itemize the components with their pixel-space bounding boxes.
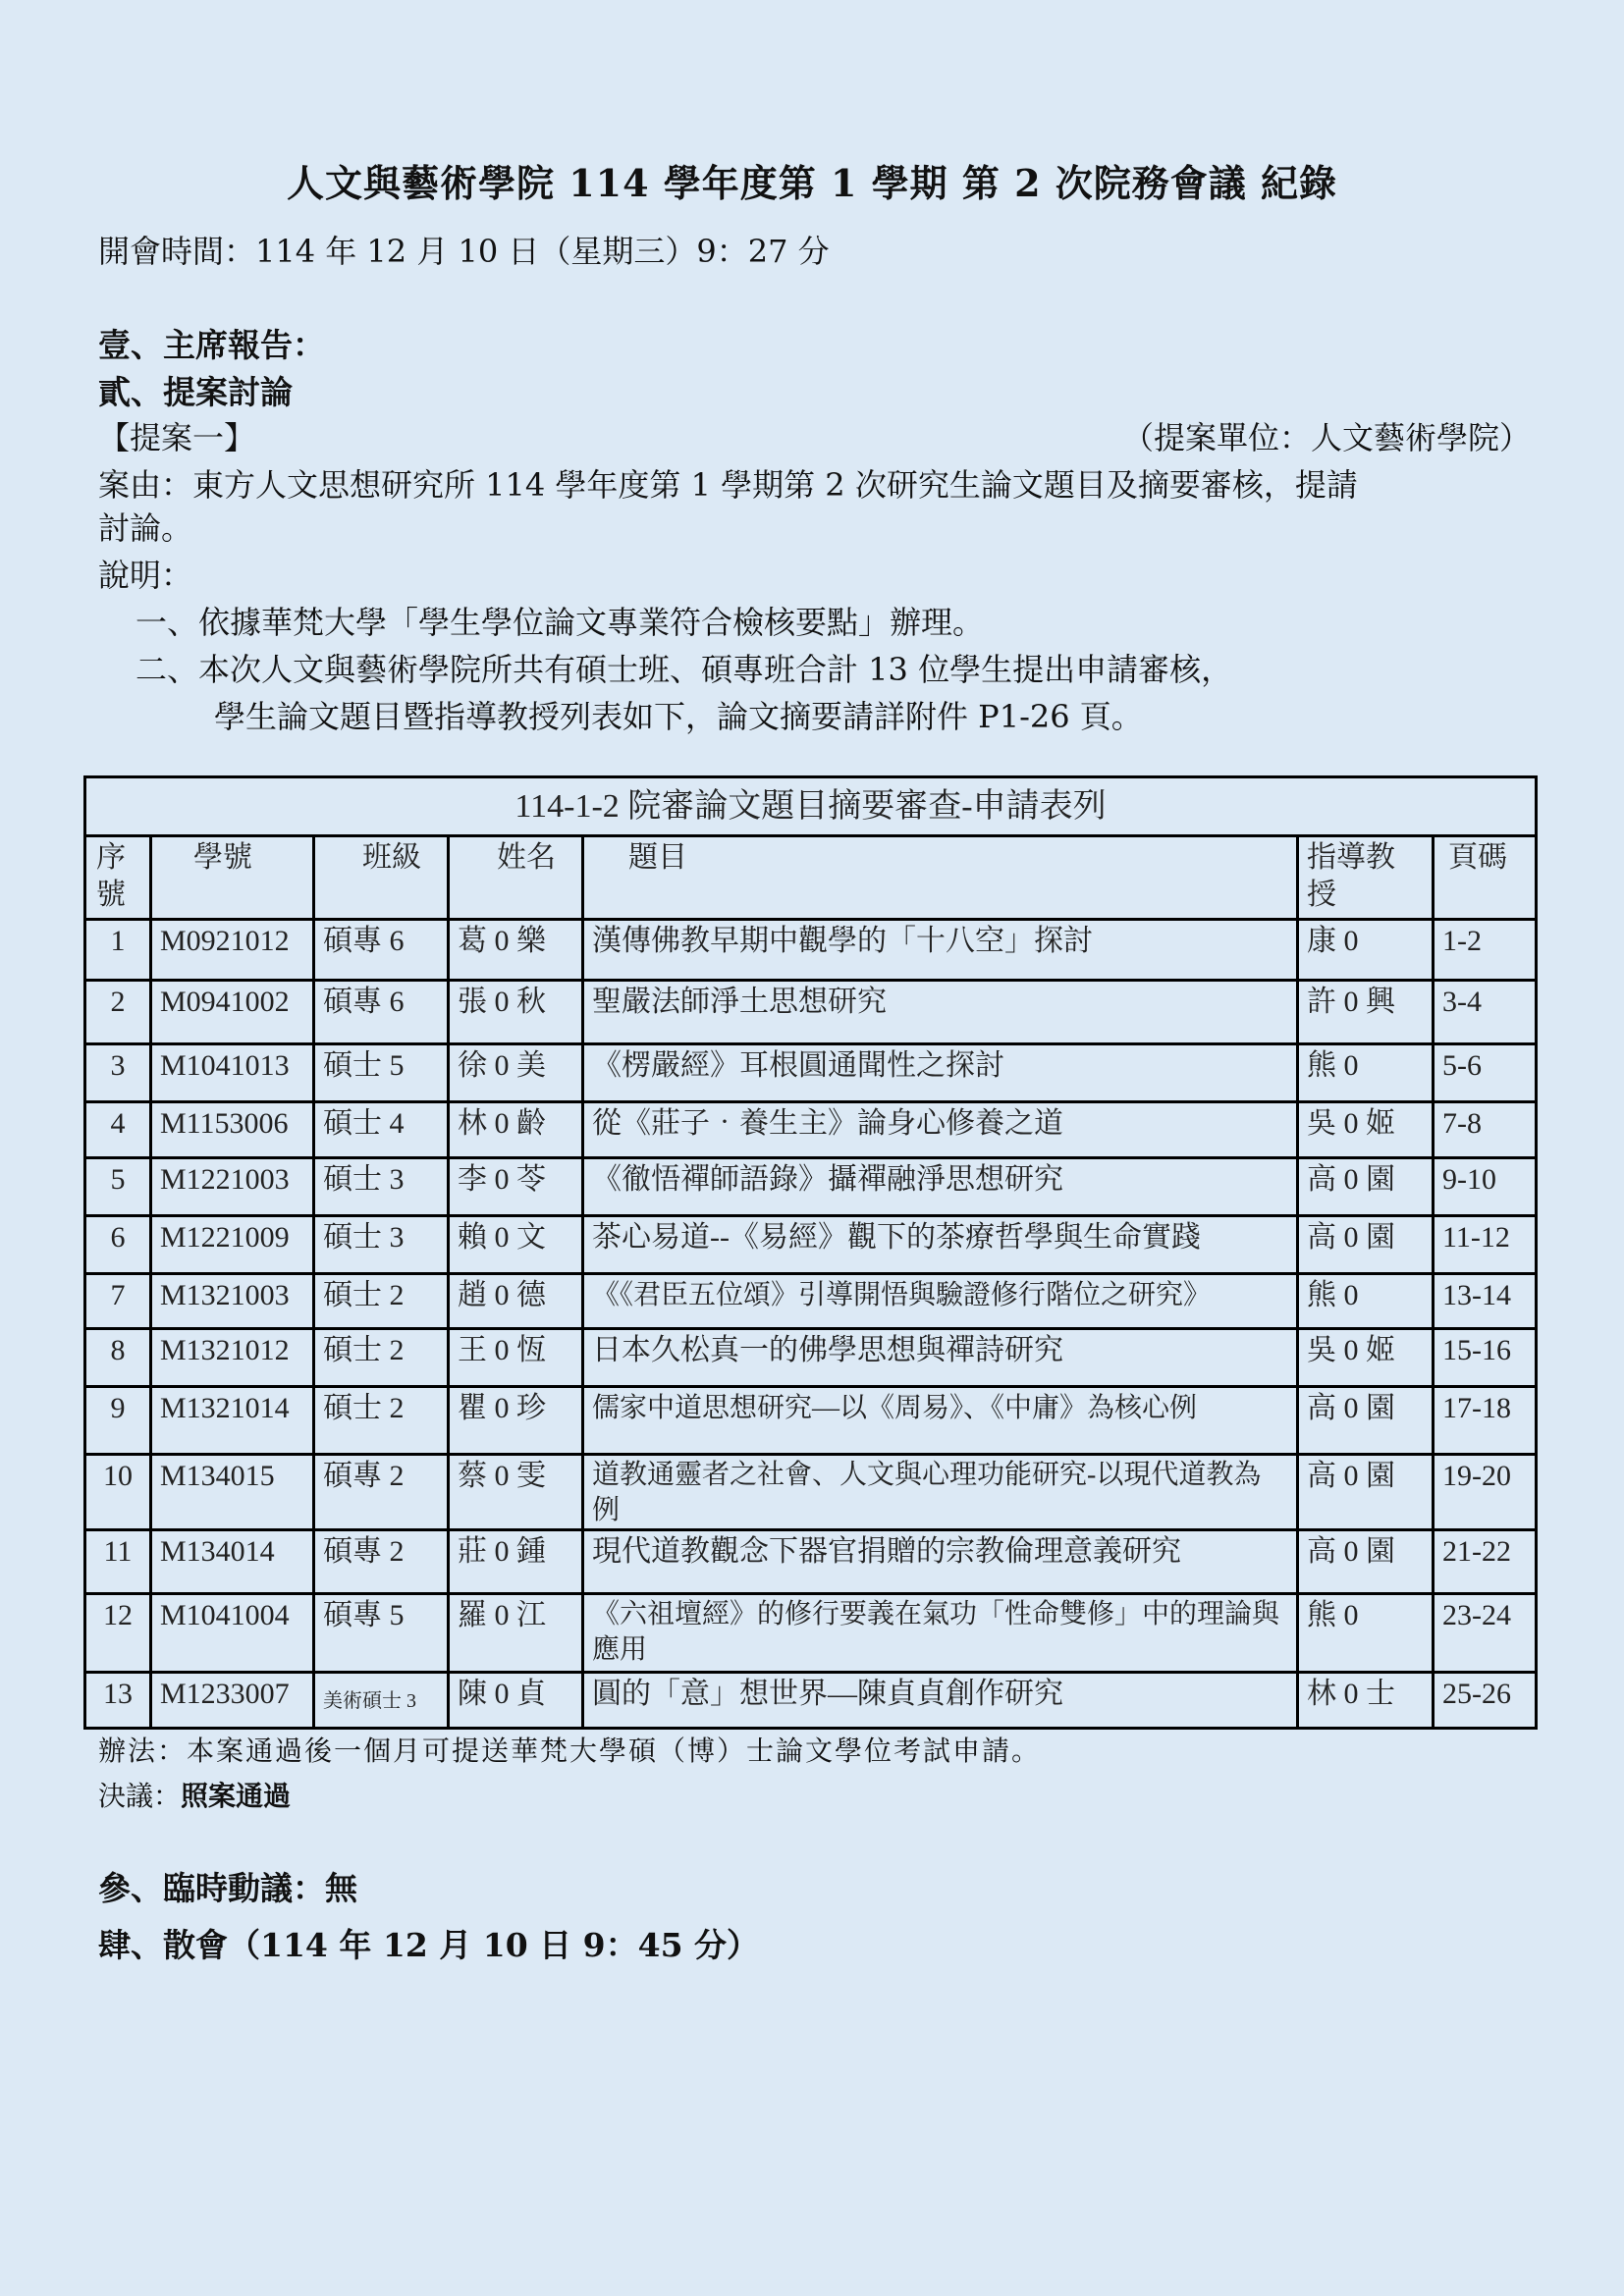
cell-pages: 25-26 bbox=[1434, 1673, 1537, 1729]
cell-no: 11 bbox=[85, 1530, 151, 1594]
cell-class: 碩士 5 bbox=[314, 1044, 449, 1102]
cell-pages: 3-4 bbox=[1434, 981, 1537, 1044]
cell-name: 張 0 秋 bbox=[449, 981, 583, 1044]
cell-pages: 7-8 bbox=[1434, 1102, 1537, 1158]
cell-topic: 儒家中道思想研究—以《周易》、《中庸》為核心例 bbox=[583, 1387, 1298, 1455]
explanation-item-1: 一、依據華梵大學「學生學位論文專業符合檢核要點」辦理。 bbox=[135, 603, 984, 642]
cell-topic: 道教通靈者之社會、人文與心理功能研究-以現代道教為例 bbox=[583, 1455, 1298, 1530]
cell-class: 碩士 4 bbox=[314, 1102, 449, 1158]
cell-name: 林 0 齡 bbox=[449, 1102, 583, 1158]
cell-pages: 11-12 bbox=[1434, 1216, 1537, 1274]
cell-pages: 19-20 bbox=[1434, 1455, 1537, 1530]
cell-name: 葛 0 樂 bbox=[449, 920, 583, 981]
table-row: 4 M1153006 碩士 4 林 0 齡 從《莊子‧養生主》論身心修養之道 吳… bbox=[85, 1102, 1537, 1158]
cell-name: 徐 0 美 bbox=[449, 1044, 583, 1102]
cell-student-id: M1041013 bbox=[151, 1044, 314, 1102]
cell-student-id: M1221009 bbox=[151, 1216, 314, 1274]
header-name: 姓名 bbox=[449, 836, 583, 920]
cell-name: 陳 0 貞 bbox=[449, 1673, 583, 1729]
method-text: 辦法：本案通過後一個月可提送華梵大學碩（博）士論文學位考試申請。 bbox=[98, 1732, 1041, 1771]
cell-advisor: 許 0 興 bbox=[1298, 981, 1434, 1044]
cell-advisor: 林 0 士 bbox=[1298, 1673, 1434, 1729]
cell-student-id: M1153006 bbox=[151, 1102, 314, 1158]
cell-no: 7 bbox=[85, 1274, 151, 1329]
cell-topic: 《《君臣五位頌》引導開悟與驗證修行階位之研究》 bbox=[583, 1274, 1298, 1329]
explanation-item-2-line-1: 二、本次人文與藝術學院所共有碩士班、碩專班合計 13 位學生提出申請審核， bbox=[135, 650, 1232, 689]
cell-pages: 5-6 bbox=[1434, 1044, 1537, 1102]
header-no: 序號 bbox=[85, 836, 151, 920]
cell-advisor: 高 0 園 bbox=[1298, 1387, 1434, 1455]
table-row: 13 M1233007 美術碩士 3 陳 0 貞 圓的「意」想世界—陳貞貞創作研… bbox=[85, 1673, 1537, 1729]
cell-advisor: 高 0 園 bbox=[1298, 1530, 1434, 1594]
table-row: 8 M1321012 碩士 2 王 0 恆 日本久松真一的佛學思想與禪詩研究 吳… bbox=[85, 1329, 1537, 1387]
table-row: 6 M1221009 碩士 3 賴 0 文 茶心易道--《易經》觀下的茶療哲學與… bbox=[85, 1216, 1537, 1274]
resolution-row: 決議：照案通過 bbox=[98, 1777, 291, 1816]
cell-advisor: 高 0 園 bbox=[1298, 1455, 1434, 1530]
cell-class: 碩專 2 bbox=[314, 1530, 449, 1594]
header-advisor: 指導教授 bbox=[1298, 836, 1434, 920]
cell-class: 碩專 6 bbox=[314, 981, 449, 1044]
cell-class: 碩士 2 bbox=[314, 1387, 449, 1455]
cell-class: 碩士 3 bbox=[314, 1158, 449, 1216]
cell-advisor: 吳 0 姬 bbox=[1298, 1329, 1434, 1387]
cell-pages: 21-22 bbox=[1434, 1530, 1537, 1594]
header-pages: 頁碼 bbox=[1434, 836, 1537, 920]
cell-student-id: M1221003 bbox=[151, 1158, 314, 1216]
cell-student-id: M0941002 bbox=[151, 981, 314, 1044]
table-row: 1 M0921012 碩專 6 葛 0 樂 漢傳佛教早期中觀學的「十八空」探討 … bbox=[85, 920, 1537, 981]
cell-class: 美術碩士 3 bbox=[314, 1673, 449, 1729]
reason-line-1: 案由：東方人文思想研究所 114 學年度第 1 學期第 2 次研究生論文題目及摘… bbox=[98, 465, 1358, 505]
cell-pages: 9-10 bbox=[1434, 1158, 1537, 1216]
cell-class: 碩士 2 bbox=[314, 1329, 449, 1387]
cell-pages: 1-2 bbox=[1434, 920, 1537, 981]
cell-topic: 漢傳佛教早期中觀學的「十八空」探討 bbox=[583, 920, 1298, 981]
cell-advisor: 康 0 bbox=[1298, 920, 1434, 981]
document-title: 人文與藝術學院 114 學年度第 1 學期 第 2 次院務會議 紀錄 bbox=[0, 153, 1624, 207]
cell-topic: 《六祖壇經》的修行要義在氣功「性命雙修」中的理論與應用 bbox=[583, 1594, 1298, 1673]
header-class: 班級 bbox=[314, 836, 449, 920]
table-row: 7 M1321003 碩士 2 趙 0 德 《《君臣五位頌》引導開悟與驗證修行階… bbox=[85, 1274, 1537, 1329]
cell-name: 王 0 恆 bbox=[449, 1329, 583, 1387]
cell-advisor: 高 0 園 bbox=[1298, 1158, 1434, 1216]
cell-no: 3 bbox=[85, 1044, 151, 1102]
cell-class: 碩士 3 bbox=[314, 1216, 449, 1274]
cell-topic: 茶心易道--《易經》觀下的茶療哲學與生命實踐 bbox=[583, 1216, 1298, 1274]
table-row: 3 M1041013 碩士 5 徐 0 美 《楞嚴經》耳根圓通聞性之探討 熊 0… bbox=[85, 1044, 1537, 1102]
cell-topic: 《楞嚴經》耳根圓通聞性之探討 bbox=[583, 1044, 1298, 1102]
resolution-value: 照案通過 bbox=[181, 1780, 291, 1812]
cell-class: 碩專 2 bbox=[314, 1455, 449, 1530]
table-row: 2 M0941002 碩專 6 張 0 秋 聖嚴法師淨土思想研究 許 0 興 3… bbox=[85, 981, 1537, 1044]
header-topic: 題目 bbox=[583, 836, 1298, 920]
cell-student-id: M0921012 bbox=[151, 920, 314, 981]
cell-student-id: M1041004 bbox=[151, 1594, 314, 1673]
cell-topic: 現代道教觀念下器官捐贈的宗教倫理意義研究 bbox=[583, 1530, 1298, 1594]
cell-topic: 日本久松真一的佛學思想與禪詩研究 bbox=[583, 1329, 1298, 1387]
cell-advisor: 熊 0 bbox=[1298, 1594, 1434, 1673]
cell-name: 瞿 0 珍 bbox=[449, 1387, 583, 1455]
cell-advisor: 吳 0 姬 bbox=[1298, 1102, 1434, 1158]
cell-student-id: M134014 bbox=[151, 1530, 314, 1594]
cell-student-id: M1321012 bbox=[151, 1329, 314, 1387]
table-title: 114-1-2 院審論文題目摘要審查-申請表列 bbox=[85, 777, 1537, 836]
proposal-unit: （提案單位：人文藝術學院） bbox=[1122, 418, 1531, 457]
cell-no: 2 bbox=[85, 981, 151, 1044]
table-row: 5 M1221003 碩士 3 李 0 苓 《徹悟禪師語錄》攝禪融淨思想研究 高… bbox=[85, 1158, 1537, 1216]
cell-no: 4 bbox=[85, 1102, 151, 1158]
cell-advisor: 高 0 園 bbox=[1298, 1216, 1434, 1274]
cell-pages: 15-16 bbox=[1434, 1329, 1537, 1387]
cell-no: 12 bbox=[85, 1594, 151, 1673]
cell-pages: 17-18 bbox=[1434, 1387, 1537, 1455]
meeting-time: 開會時間：114 年 12 月 10 日（星期三）9：27 分 bbox=[98, 232, 830, 271]
cell-name: 趙 0 德 bbox=[449, 1274, 583, 1329]
table-row: 9 M1321014 碩士 2 瞿 0 珍 儒家中道思想研究—以《周易》、《中庸… bbox=[85, 1387, 1537, 1455]
cell-topic: 從《莊子‧養生主》論身心修養之道 bbox=[583, 1102, 1298, 1158]
cell-no: 8 bbox=[85, 1329, 151, 1387]
cell-no: 6 bbox=[85, 1216, 151, 1274]
table-row: 11 M134014 碩專 2 莊 0 鍾 現代道教觀念下器官捐贈的宗教倫理意義… bbox=[85, 1530, 1537, 1594]
cell-advisor: 熊 0 bbox=[1298, 1044, 1434, 1102]
resolution-label: 決議： bbox=[98, 1780, 181, 1812]
cell-name: 羅 0 江 bbox=[449, 1594, 583, 1673]
cell-class: 碩專 6 bbox=[314, 920, 449, 981]
cell-name: 莊 0 鍾 bbox=[449, 1530, 583, 1594]
section-extempore-motion: 參、臨時動議：無 bbox=[98, 1869, 357, 1908]
cell-student-id: M1233007 bbox=[151, 1673, 314, 1729]
cell-student-id: M134015 bbox=[151, 1455, 314, 1530]
cell-advisor: 熊 0 bbox=[1298, 1274, 1434, 1329]
cell-pages: 23-24 bbox=[1434, 1594, 1537, 1673]
section-proposal-discussion: 貳、提案討論 bbox=[98, 373, 293, 412]
cell-student-id: M1321003 bbox=[151, 1274, 314, 1329]
cell-class: 碩專 5 bbox=[314, 1594, 449, 1673]
explanation-label: 說明： bbox=[98, 556, 192, 595]
cell-name: 賴 0 文 bbox=[449, 1216, 583, 1274]
cell-no: 9 bbox=[85, 1387, 151, 1455]
cell-class: 碩士 2 bbox=[314, 1274, 449, 1329]
section-adjournment: 肆、散會（114 年 12 月 10 日 9：45 分） bbox=[98, 1926, 759, 1965]
cell-name: 李 0 苓 bbox=[449, 1158, 583, 1216]
section-chair-report: 壹、主席報告： bbox=[98, 326, 325, 365]
thesis-review-table: 114-1-2 院審論文題目摘要審查-申請表列 序號 學號 班級 姓名 題目 指… bbox=[83, 775, 1538, 1730]
reason-line-2: 討論。 bbox=[98, 508, 192, 548]
cell-pages: 13-14 bbox=[1434, 1274, 1537, 1329]
cell-topic: 《徹悟禪師語錄》攝禪融淨思想研究 bbox=[583, 1158, 1298, 1216]
explanation-item-2-line-2: 學生論文題目暨指導教授列表如下，論文摘要請詳附件 P1-26 頁。 bbox=[214, 697, 1143, 736]
cell-topic: 圓的「意」想世界—陳貞貞創作研究 bbox=[583, 1673, 1298, 1729]
proposal-label: 【提案一】 bbox=[98, 418, 255, 457]
header-student-id: 學號 bbox=[151, 836, 314, 920]
cell-no: 13 bbox=[85, 1673, 151, 1729]
cell-no: 10 bbox=[85, 1455, 151, 1530]
cell-student-id: M1321014 bbox=[151, 1387, 314, 1455]
table-row: 12 M1041004 碩專 5 羅 0 江 《六祖壇經》的修行要義在氣功「性命… bbox=[85, 1594, 1537, 1673]
cell-name: 蔡 0 雯 bbox=[449, 1455, 583, 1530]
cell-no: 1 bbox=[85, 920, 151, 981]
cell-topic: 聖嚴法師淨土思想研究 bbox=[583, 981, 1298, 1044]
table-row: 10 M134015 碩專 2 蔡 0 雯 道教通靈者之社會、人文與心理功能研究… bbox=[85, 1455, 1537, 1530]
cell-no: 5 bbox=[85, 1158, 151, 1216]
